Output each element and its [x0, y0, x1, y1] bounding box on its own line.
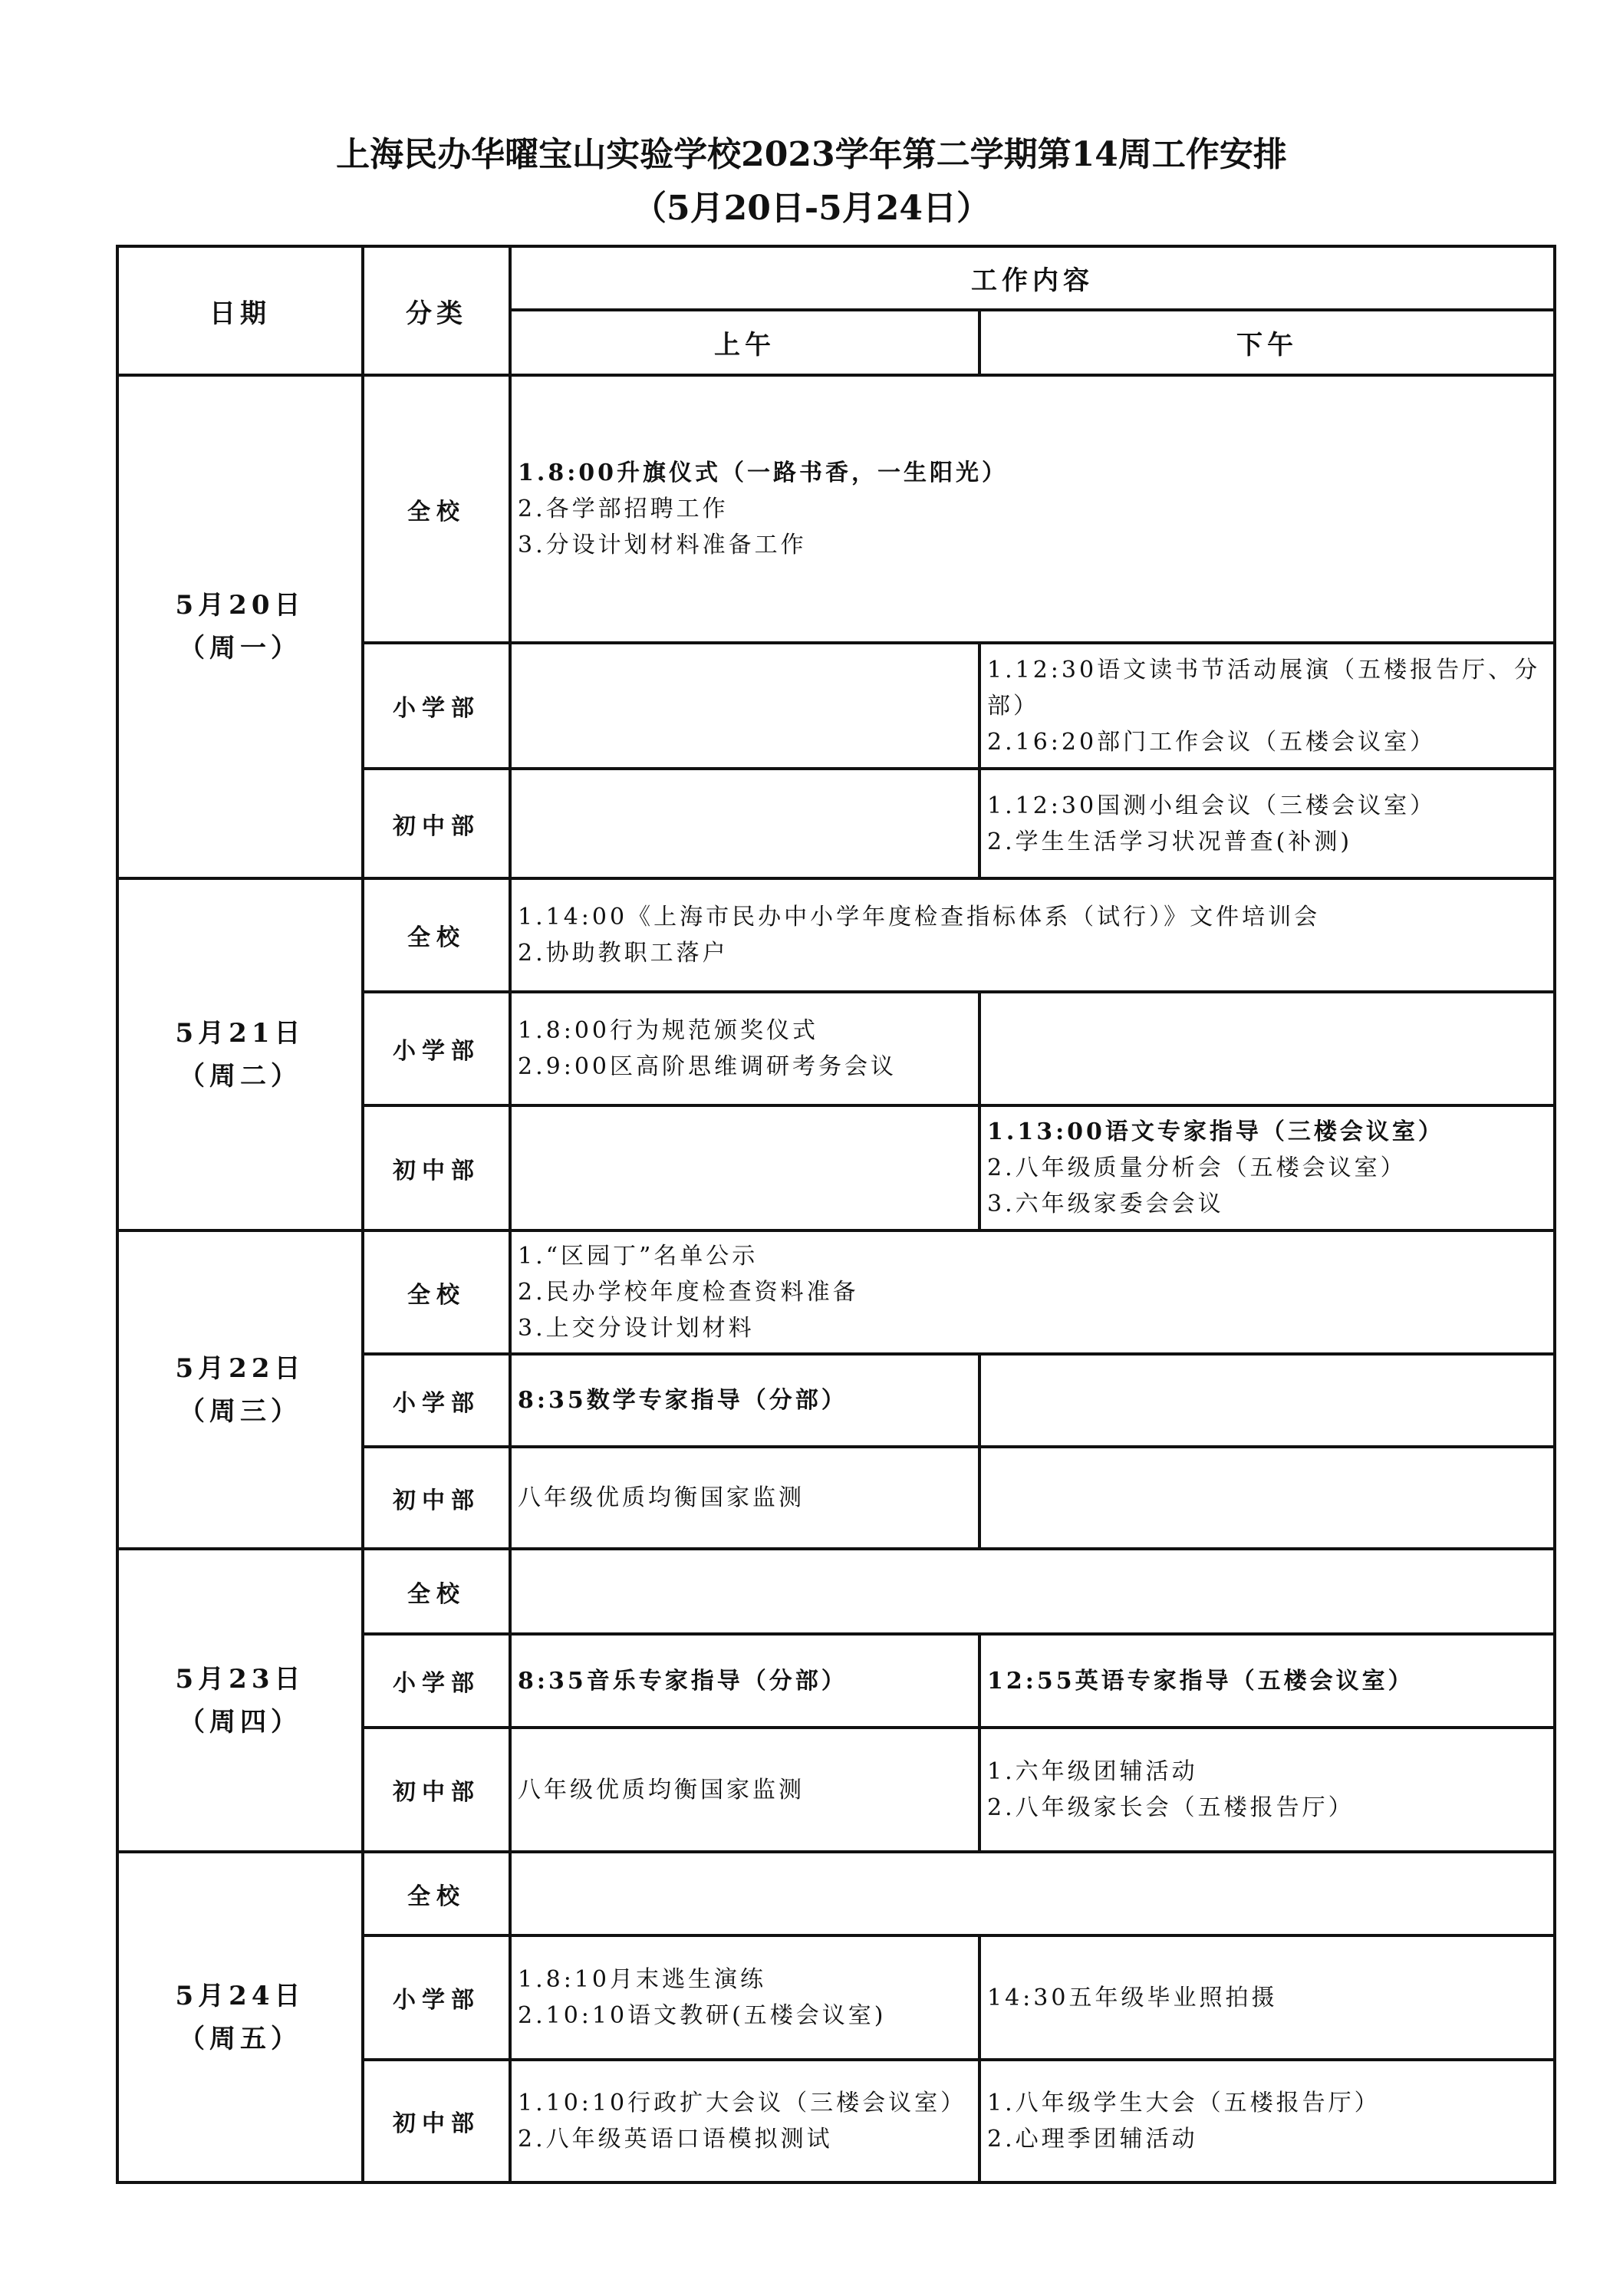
all-day-content-cell: [510, 1852, 1555, 1935]
afternoon-content-cell: 1.六年级团辅活动2.八年级家长会（五楼报告厅）: [979, 1728, 1555, 1852]
afternoon-content-cell: [979, 992, 1555, 1105]
date-label: 5月20日: [119, 584, 361, 627]
schedule-item: 8:35音乐专家指导（分部）: [518, 1663, 972, 1699]
afternoon-content-cell: 14:30五年级毕业照拍摄: [979, 1935, 1555, 2060]
category-cell: 初中部: [363, 2060, 510, 2182]
table-row: 5月24日（周五）全校: [117, 1852, 1555, 1935]
date-cell: 5月24日（周五）: [117, 1852, 363, 2182]
schedule-item: 1.10:10行政扩大会议（三楼会议室）: [518, 2085, 972, 2121]
weekday-label: （周二）: [119, 1055, 361, 1098]
afternoon-content-cell: 1.12:30国测小组会议（三楼会议室）2.学生生活学习状况普查(补测): [979, 769, 1555, 878]
schedule-item: 2.八年级家长会（五楼报告厅）: [987, 1790, 1547, 1826]
schedule-item: 14:30五年级毕业照拍摄: [987, 1980, 1547, 2016]
schedule-table: 日期 分类 工作内容 上午 下午 5月20日（周一）全校1.8:00升旗仪式（一…: [116, 245, 1556, 2184]
schedule-item: 1.12:30国测小组会议（三楼会议室）: [987, 788, 1547, 824]
schedule-item: 1.14:00《上海市民办中小学年度检查指标体系（试行）》文件培训会: [518, 899, 1547, 935]
morning-content-cell: [510, 769, 979, 878]
category-cell: 初中部: [363, 769, 510, 878]
afternoon-content-cell: 1.12:30语文读书节活动展演（五楼报告厅、分部）2.16:20部门工作会议（…: [979, 643, 1555, 769]
category-cell: 小学部: [363, 1935, 510, 2060]
all-day-content-cell: 1.14:00《上海市民办中小学年度检查指标体系（试行）》文件培训会2.协助教职…: [510, 878, 1555, 992]
table-row: 5月21日（周二）全校1.14:00《上海市民办中小学年度检查指标体系（试行）》…: [117, 878, 1555, 992]
schedule-item: 12:55英语专家指导（五楼会议室）: [987, 1663, 1547, 1699]
morning-content-cell: 8:35数学专家指导（分部）: [510, 1354, 979, 1447]
morning-content-cell: 8:35音乐专家指导（分部）: [510, 1634, 979, 1728]
header-work-content: 工作内容: [510, 246, 1555, 310]
morning-content-cell: 1.8:00行为规范颁奖仪式2.9:00区高阶思维调研考务会议: [510, 992, 979, 1105]
header-afternoon: 下午: [979, 310, 1555, 375]
morning-content-cell: [510, 643, 979, 769]
schedule-body: 5月20日（周一）全校1.8:00升旗仪式（一路书香，一生阳光）2.各学部招聘工…: [117, 375, 1555, 2182]
table-row: 5月22日（周三）全校1.“区园丁”名单公示2.民办学校年度检查资料准备3.上交…: [117, 1230, 1555, 1354]
schedule-item: 2.9:00区高阶思维调研考务会议: [518, 1049, 972, 1085]
date-label: 5月24日: [119, 1975, 361, 2018]
afternoon-content-cell: 1.八年级学生大会（五楼报告厅）2.心理季团辅活动: [979, 2060, 1555, 2182]
category-cell: 小学部: [363, 1634, 510, 1728]
afternoon-content-cell: [979, 1447, 1555, 1549]
category-cell: 小学部: [363, 1354, 510, 1447]
table-row: 5月23日（周四）全校: [117, 1549, 1555, 1634]
schedule-item: 1.“区园丁”名单公示: [518, 1238, 1547, 1274]
schedule-item: 8:35数学专家指导（分部）: [518, 1382, 972, 1418]
morning-content-cell: 1.8:10月末逃生演练2.10:10语文教研(五楼会议室): [510, 1935, 979, 2060]
all-day-content-cell: [510, 1549, 1555, 1634]
weekday-label: （周三）: [119, 1390, 361, 1433]
schedule-item: 2.民办学校年度检查资料准备: [518, 1274, 1547, 1310]
schedule-item: 3.分设计划材料准备工作: [518, 527, 1547, 563]
date-label: 5月22日: [119, 1347, 361, 1390]
header-date: 日期: [117, 246, 363, 375]
weekday-label: （周一）: [119, 627, 361, 670]
schedule-item: 2.协助教职工落户: [518, 935, 1547, 971]
schedule-item: 2.学生生活学习状况普查(补测): [987, 824, 1547, 860]
schedule-item: 八年级优质均衡国家监测: [518, 1772, 972, 1808]
document-date-range: （5月20日-5月24日）: [0, 186, 1623, 232]
category-cell: 初中部: [363, 1105, 510, 1230]
schedule-item: 2.各学部招聘工作: [518, 491, 1547, 527]
document-title: 上海民办华曜宝山实验学校2023学年第二学期第14周工作安排: [0, 132, 1623, 178]
category-cell: 全校: [363, 1230, 510, 1354]
schedule-item: 1.12:30语文读书节活动展演（五楼报告厅、分部）: [987, 652, 1547, 724]
morning-content-cell: 八年级优质均衡国家监测: [510, 1447, 979, 1549]
schedule-item: 八年级优质均衡国家监测: [518, 1480, 972, 1516]
category-cell: 小学部: [363, 992, 510, 1105]
category-cell: 全校: [363, 1852, 510, 1935]
date-cell: 5月21日（周二）: [117, 878, 363, 1230]
category-cell: 全校: [363, 1549, 510, 1634]
category-cell: 初中部: [363, 1447, 510, 1549]
schedule-item: 1.8:00升旗仪式（一路书香，一生阳光）: [518, 455, 1547, 491]
header-morning: 上午: [510, 310, 979, 375]
schedule-item: 1.8:00行为规范颁奖仪式: [518, 1013, 972, 1049]
schedule-item: 2.16:20部门工作会议（五楼会议室）: [987, 724, 1547, 760]
morning-content-cell: 1.10:10行政扩大会议（三楼会议室）2.八年级英语口语模拟测试: [510, 2060, 979, 2182]
schedule-item: 3.六年级家委会会议: [987, 1186, 1547, 1222]
afternoon-content-cell: 1.13:00语文专家指导（三楼会议室）2.八年级质量分析会（五楼会议室）3.六…: [979, 1105, 1555, 1230]
header-category: 分类: [363, 246, 510, 375]
date-cell: 5月22日（周三）: [117, 1230, 363, 1549]
schedule-item: 1.八年级学生大会（五楼报告厅）: [987, 2085, 1547, 2121]
all-day-content-cell: 1.8:00升旗仪式（一路书香，一生阳光）2.各学部招聘工作3.分设计划材料准备…: [510, 375, 1555, 643]
date-label: 5月21日: [119, 1012, 361, 1055]
morning-content-cell: [510, 1105, 979, 1230]
all-day-content-cell: 1.“区园丁”名单公示2.民办学校年度检查资料准备3.上交分设计划材料: [510, 1230, 1555, 1354]
category-cell: 小学部: [363, 643, 510, 769]
morning-content-cell: 八年级优质均衡国家监测: [510, 1728, 979, 1852]
weekday-label: （周四）: [119, 1701, 361, 1744]
category-cell: 全校: [363, 375, 510, 643]
table-row: 5月20日（周一）全校1.8:00升旗仪式（一路书香，一生阳光）2.各学部招聘工…: [117, 375, 1555, 643]
schedule-item: 2.八年级英语口语模拟测试: [518, 2121, 972, 2157]
category-cell: 初中部: [363, 1728, 510, 1852]
category-cell: 全校: [363, 878, 510, 992]
date-label: 5月23日: [119, 1658, 361, 1701]
schedule-item: 3.上交分设计划材料: [518, 1310, 1547, 1346]
schedule-item: 2.八年级质量分析会（五楼会议室）: [987, 1150, 1547, 1186]
schedule-item: 1.13:00语文专家指导（三楼会议室）: [987, 1114, 1547, 1150]
date-cell: 5月23日（周四）: [117, 1549, 363, 1852]
schedule-item: 2.10:10语文教研(五楼会议室): [518, 1998, 972, 2034]
date-cell: 5月20日（周一）: [117, 375, 363, 878]
schedule-item: 1.六年级团辅活动: [987, 1754, 1547, 1790]
schedule-item: 2.心理季团辅活动: [987, 2121, 1547, 2157]
afternoon-content-cell: 12:55英语专家指导（五楼会议室）: [979, 1634, 1555, 1728]
afternoon-content-cell: [979, 1354, 1555, 1447]
schedule-item: 1.8:10月末逃生演练: [518, 1962, 972, 1998]
weekday-label: （周五）: [119, 2018, 361, 2060]
